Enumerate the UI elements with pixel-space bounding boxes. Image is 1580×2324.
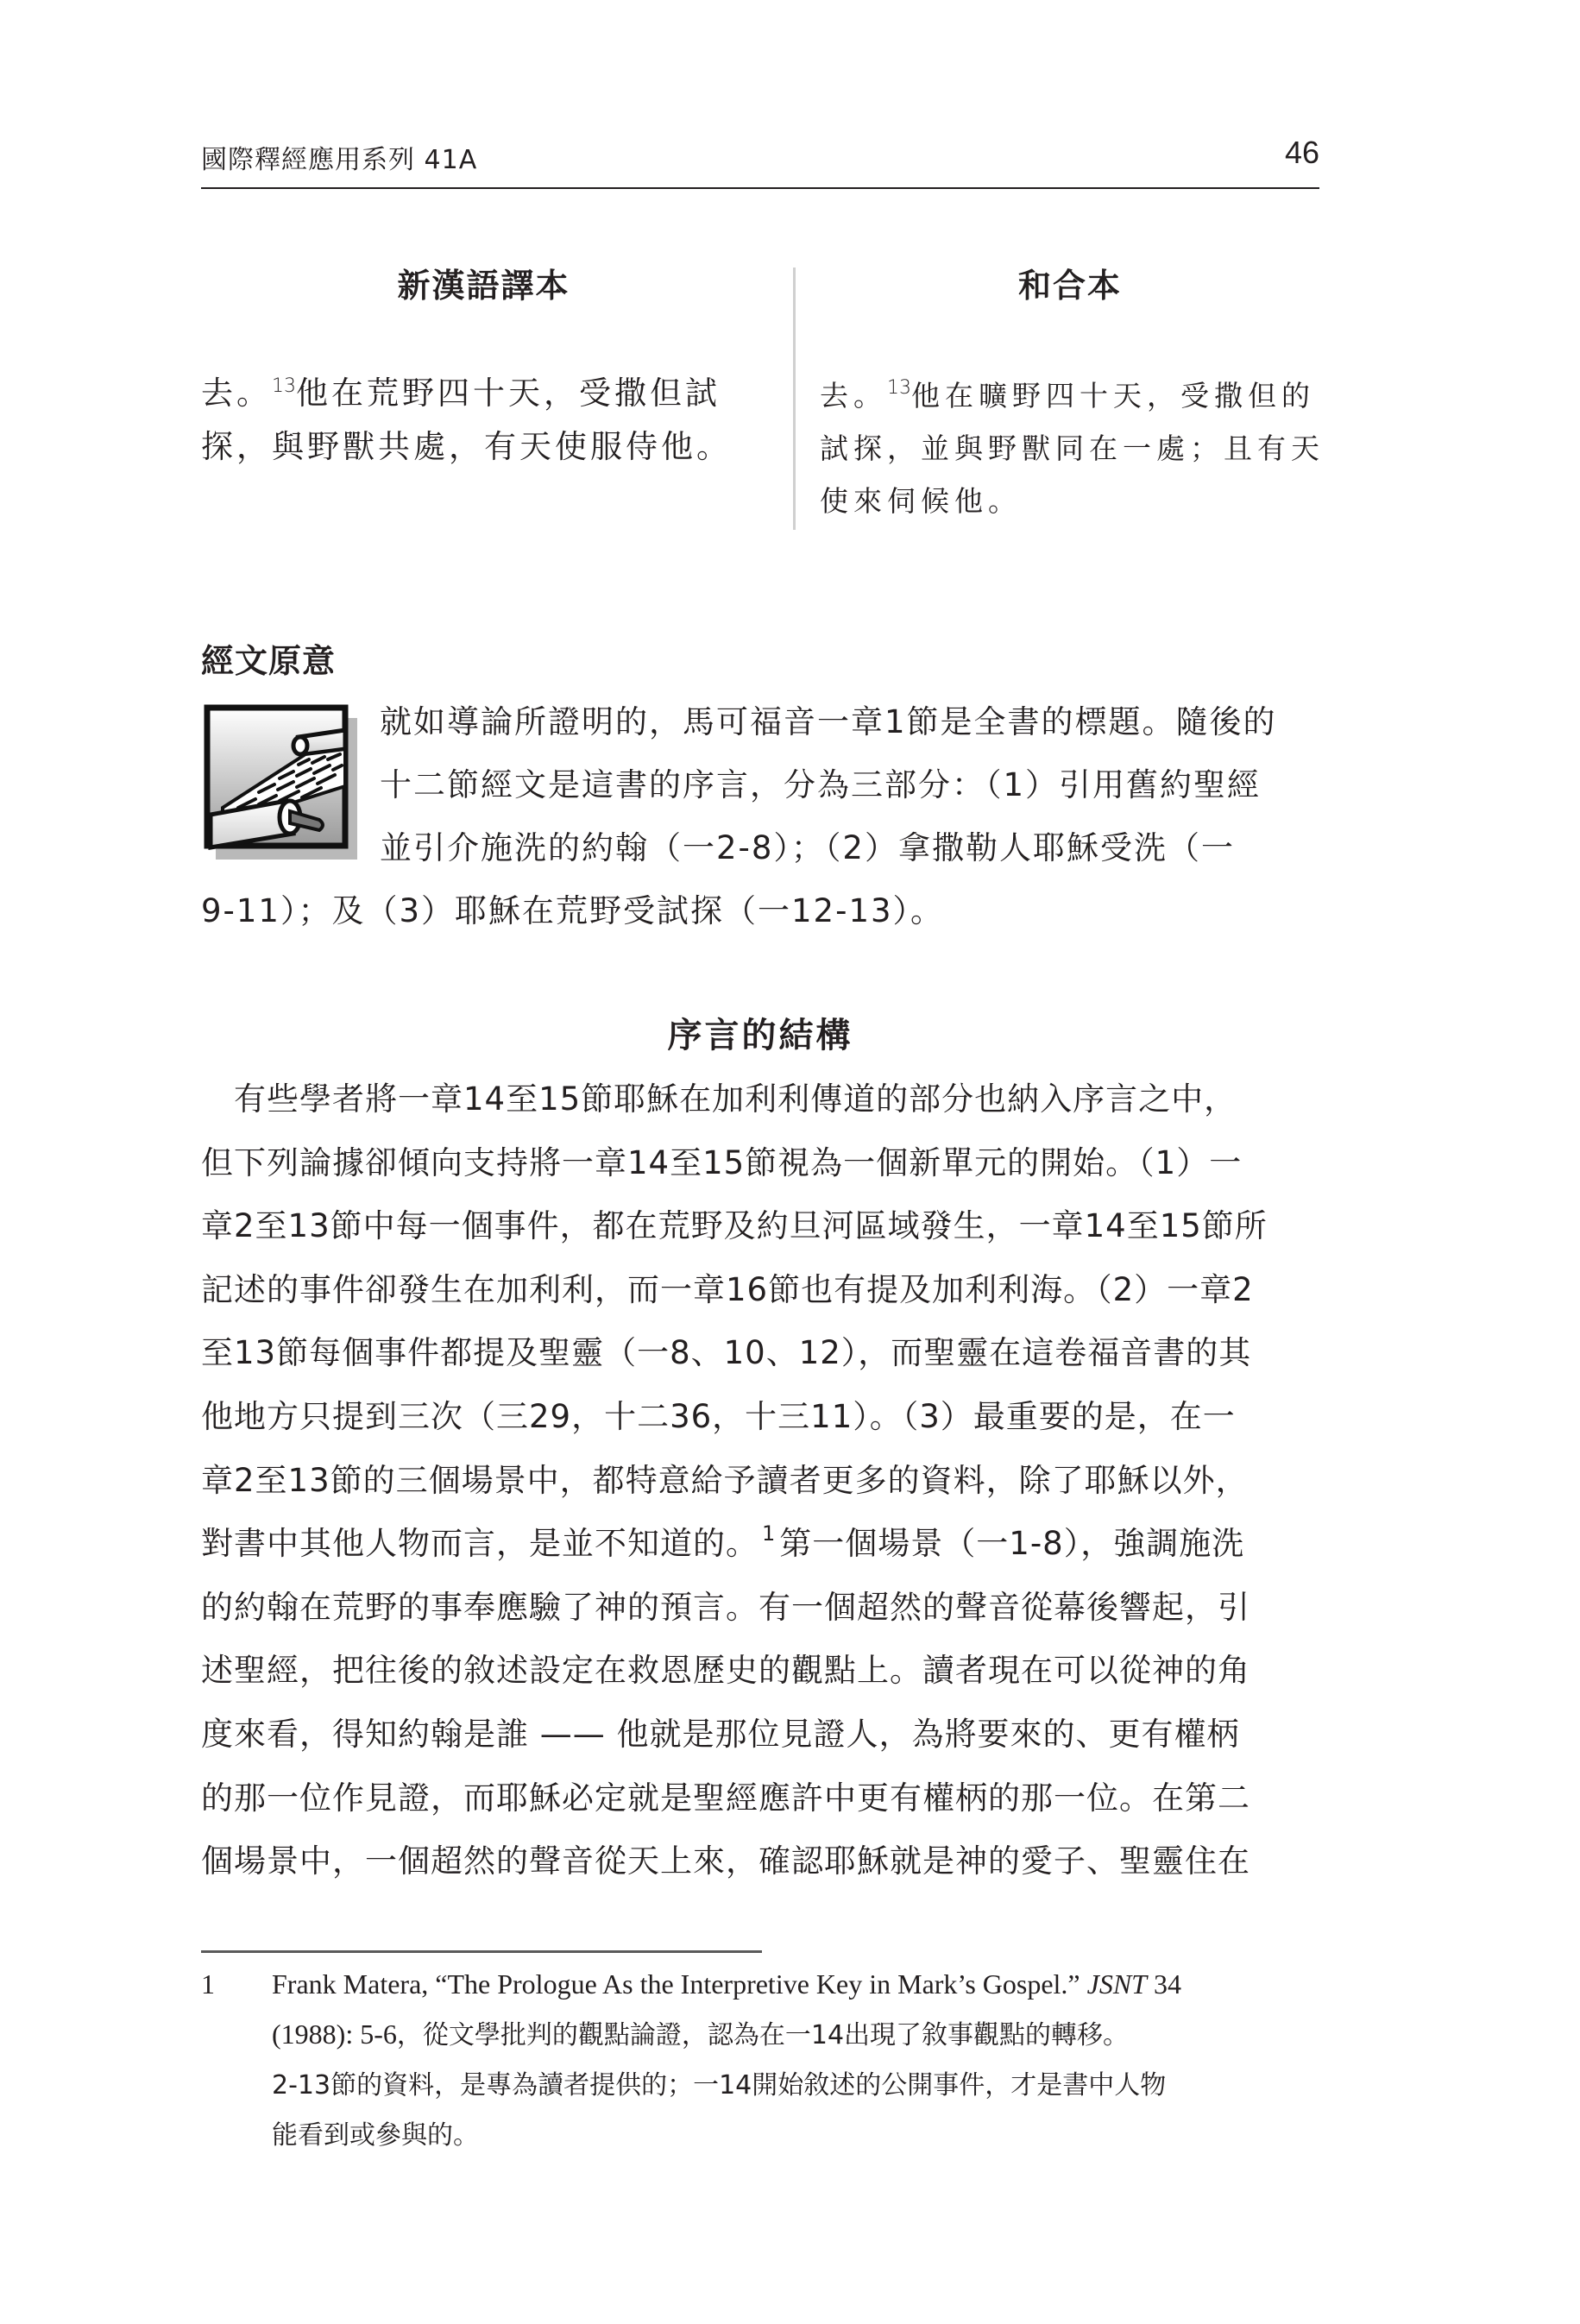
paragraph-line: 就如導論所證明的，馬可福音一章1節是全書的標題。隨後的 <box>380 690 1322 753</box>
translation-text-left: 去。13他在荒野四十天，受撒但試探，與野獸共處，有天使服侍他。 <box>201 367 771 474</box>
footnote-reference[interactable]: 1 <box>762 1521 776 1546</box>
text-segment: 去。 <box>820 379 887 413</box>
footnote-line: 能看到或參與的。 <box>272 2111 1323 2161</box>
paragraph-line: 記述的事件卻發生在加利利，而一章16節也有提及加利利海。（2）一章2 <box>201 1258 1323 1322</box>
footnote-body: Frank Matera, “The Prologue As the Inter… <box>272 1959 1323 2161</box>
translation-text-right: 去。13他在曠野四十天，受撒但的試探，並與野獸同在一處；且有天使來伺候他。 <box>820 369 1325 527</box>
paragraph-line: 9-11）；及（3）耶穌在荒野受試探（一12-13）。 <box>201 892 944 929</box>
column-divider <box>793 268 796 530</box>
subsection-title-prologue-structure: 序言的結構 <box>201 1008 1319 1057</box>
footnote-number: 1 <box>201 1959 215 2009</box>
prologue-structure-paragraph: 有些學者將一章14至15節耶穌在加利利傳道的部分也納入序言之中， 但下列論據卻傾… <box>201 1068 1323 1893</box>
paragraph-line: 但下列論據卻傾向支持將一章14至15節視為一個新單元的開始。（1）一 <box>201 1131 1323 1195</box>
translation-heading-right: 和合本 <box>820 259 1320 306</box>
header-rule <box>201 187 1319 189</box>
paragraph-line: 並引介施洗的約翰（一2-8）；（2）拿撒勒人耶穌受洗（一 <box>380 816 1322 879</box>
footnote-line: 2-13節的資料，是專為讀者提供的；一14開始敘述的公開事件，才是書中人物 <box>272 2061 1323 2111</box>
paragraph-line: 度來看，得知約翰是誰 —— 他就是那位見證人，為將要來的、更有權柄 <box>201 1703 1323 1767</box>
section-title-original-meaning: 經文原意 <box>201 634 336 682</box>
original-meaning-paragraph-end: 9-11）；及（3）耶穌在荒野受試探（一12-13）。 <box>201 879 1323 942</box>
translation-heading-left: 新漢語譯本 <box>201 259 766 306</box>
paragraph-line: 至13節每個事件都提及聖靈（一8、10、12），而聖靈在這卷福音書的其 <box>201 1321 1323 1385</box>
series-title: 國際釋經應用系列 41A <box>201 138 477 176</box>
footnote-line: (1988): 5-6，從文學批判的觀點論證，認為在一14出現了敘事觀點的轉移。 <box>272 2009 1323 2061</box>
original-meaning-paragraph: 就如導論所證明的，馬可福音一章1節是全書的標題。隨後的 十二節經文是這書的序言，… <box>380 690 1322 879</box>
paragraph-line: 章2至13節的三個場景中，都特意給予讀者更多的資料，除了耶穌以外， <box>201 1449 1323 1513</box>
paragraph-line: 章2至13節中每一個事件，都在荒野及約旦河區域發生，一章14至15節所 <box>201 1194 1323 1258</box>
text-segment: 第一個場景（一1-8），強調施洗 <box>779 1525 1244 1562</box>
paragraph-line: 有些學者將一章14至15節耶穌在加利利傳道的部分也納入序言之中， <box>201 1068 1323 1131</box>
verse-number: 13 <box>887 377 911 399</box>
paragraph-line: 述聖經，把往後的敘述設定在救恩歷史的觀點上。讀者現在可以從神的角 <box>201 1639 1323 1703</box>
paragraph-line: 對書中其他人物而言，是並不知道的。1第一個場景（一1-8），強調施洗 <box>201 1512 1323 1576</box>
citation-volume: 34 <box>1147 1968 1181 2000</box>
paragraph-line: 十二節經文是這書的序言，分為三部分：（1）引用舊約聖經 <box>380 753 1322 816</box>
citation-journal: JSNT <box>1087 1968 1147 2000</box>
text-segment: 他在曠野四十天，受撒但的試探，並與野獸同在一處；且有天使來伺候他。 <box>820 379 1325 518</box>
paragraph-line: 的那一位作見證，而耶穌必定就是聖經應許中更有權柄的那一位。在第二 <box>201 1767 1323 1830</box>
paragraph-line: 的約翰在荒野的事奉應驗了神的預言。有一個超然的聲音從幕後響起，引 <box>201 1576 1323 1640</box>
citation-author-title: Frank Matera, “The Prologue As the Inter… <box>272 1968 1087 2000</box>
paragraph-line: 個場景中，一個超然的聲音從天上來，確認耶穌就是神的愛子、聖靈住在 <box>201 1830 1323 1893</box>
page-number: 46 <box>1285 135 1319 171</box>
footnote-rule <box>201 1950 762 1953</box>
paragraph-line: 他地方只提到三次（三29，十二36，十三11）。（3）最重要的是，在一 <box>201 1385 1323 1449</box>
footnote-line: Frank Matera, “The Prologue As the Inter… <box>272 1959 1323 2009</box>
footnote-text: ，從文學批判的觀點論證，認為在一14出現了敘事觀點的轉移。 <box>397 2020 1129 2050</box>
verse-number: 13 <box>272 375 296 397</box>
running-header: 國際釋經應用系列 41A 46 <box>201 138 1319 190</box>
citation-year-pages: (1988): 5-6 <box>272 2019 397 2050</box>
text-segment: 去。 <box>201 375 272 412</box>
scroll-icon <box>204 704 359 860</box>
text-segment: 對書中其他人物而言，是並不知道的。 <box>201 1525 759 1562</box>
